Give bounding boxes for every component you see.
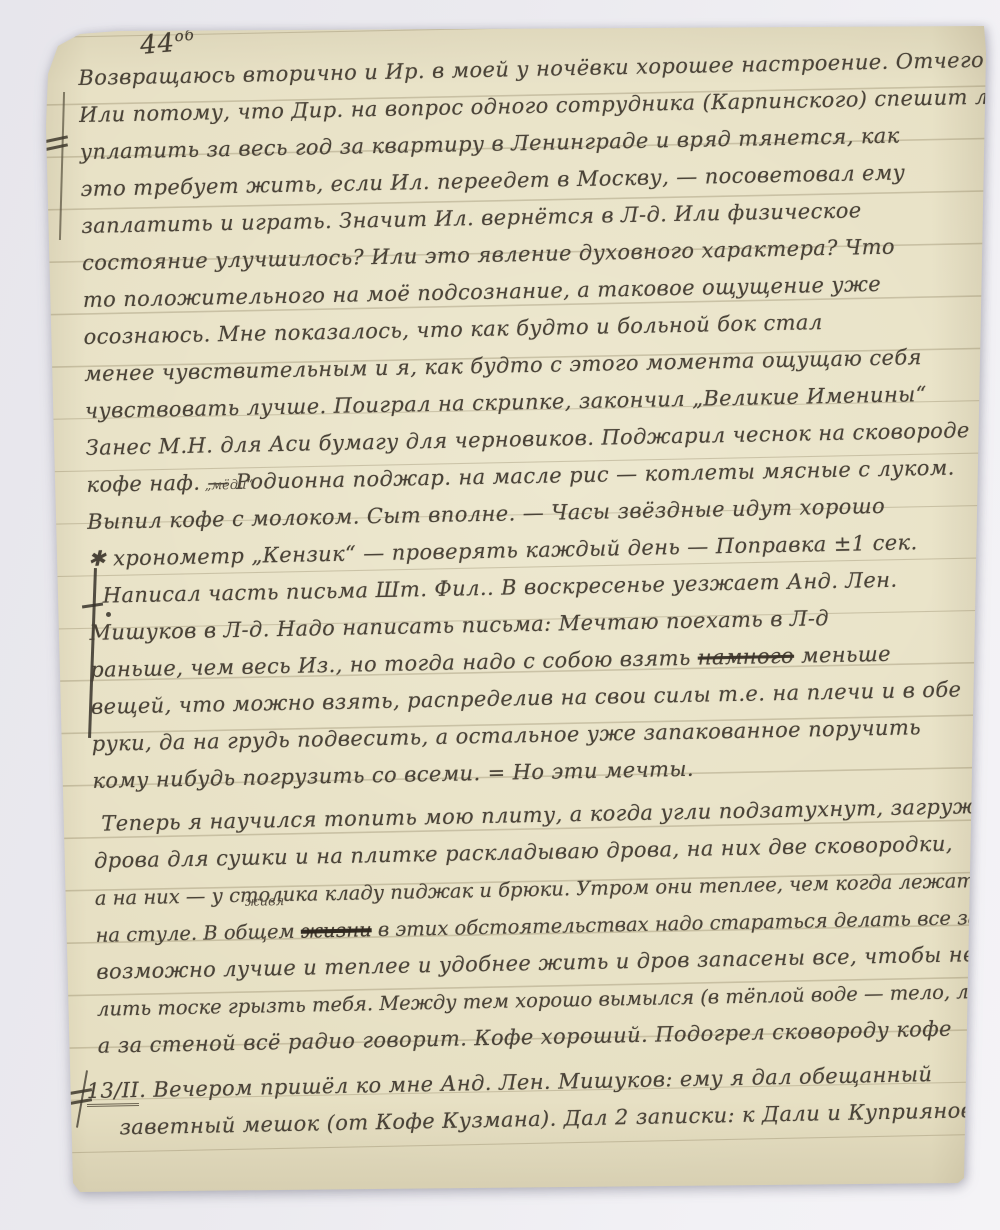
manuscript-segment: меньше: [794, 642, 891, 668]
page-number-main: 44: [139, 28, 177, 61]
manuscript-segment: раньше, чем весь Из., но тогда надо с со…: [90, 646, 698, 682]
margin-equals-mark: [42, 138, 72, 152]
manuscript-lines: „мёди“ живя Возвращаюсь вторично и Ир. в…: [78, 42, 992, 1147]
paper-surface: 44об „мёди“ живя Возвращаюсь вторично и …: [40, 26, 988, 1194]
page-number-suffix: об: [174, 26, 196, 46]
manuscript-segment: кому нибудь погрузить со всеми. = Но эти…: [92, 757, 694, 793]
interline-insertion: живя: [245, 894, 285, 910]
scanned-page-background: 44об „мёди“ живя Возвращаюсь вторично и …: [0, 0, 1000, 1230]
manuscript-segment-scribble: жизни: [301, 918, 372, 942]
interline-insertion: „мёди“: [204, 478, 253, 494]
page-number: 44об: [139, 26, 197, 61]
manuscript-segment-strike: намного: [698, 644, 795, 670]
manuscript-segment: на стуле. В общем: [95, 920, 301, 947]
manuscript-segment: в этих обстоятельствах надо стараться де…: [371, 904, 1000, 941]
paper-sheet: 44об „мёди“ живя Возвращаюсь вторично и …: [40, 26, 988, 1194]
manuscript-segment-u2: 13/II: [86, 1078, 139, 1107]
